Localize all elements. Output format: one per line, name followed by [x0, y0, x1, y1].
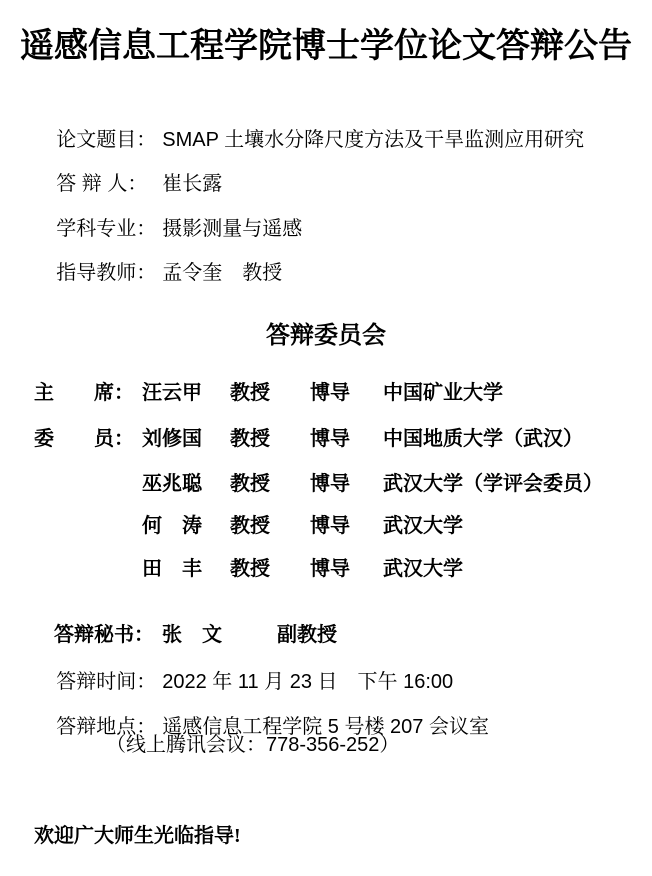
committee-role: 委 员：	[34, 427, 142, 451]
advisor-value: 孟令奎 教授	[162, 262, 282, 284]
committee-member-affiliation: 武汉大学	[383, 514, 463, 538]
committee-row-member: 何 涛 教授 博导 武汉大学	[34, 514, 642, 538]
committee-member-name: 汪云甲	[142, 381, 230, 405]
welcome-message: 欢迎广大师生光临指导!	[34, 824, 642, 848]
committee-member-title: 教授	[230, 381, 310, 405]
online-meeting-note: （线上腾讯会议：778-356-252）	[106, 733, 642, 757]
committee-member-name: 田 丰	[142, 557, 230, 581]
committee-member-advisor-status: 博导	[310, 514, 383, 538]
committee-member-affiliation: 武汉大学	[383, 557, 463, 581]
committee-row-member: 田 丰 教授 博导 武汉大学	[34, 557, 642, 581]
committee-member-title: 教授	[230, 514, 310, 538]
committee-member-advisor-status: 博导	[310, 472, 383, 496]
committee-member-advisor-status: 博导	[310, 557, 383, 581]
committee-member-affiliation: 中国地质大学（武汉）	[383, 427, 583, 451]
defense-announcement-page: 遥感信息工程学院博士学位论文答辩公告 论文题目：SMAP 土壤水分降尺度方法及干…	[0, 0, 652, 876]
secretary-name: 张 文	[162, 623, 277, 647]
committee-row-member: 巫兆聪 教授 博导 武汉大学（学评会委员）	[34, 472, 642, 496]
committee-heading: 答辩委员会	[0, 322, 652, 350]
secretary-label: 答辩秘书：	[54, 623, 162, 647]
committee-member-name: 刘修国	[142, 427, 230, 451]
advisor-label: 指导教师：	[56, 261, 162, 285]
committee-member-affiliation: 武汉大学（学评会委员）	[383, 472, 603, 496]
advisor-line: 指导教师：孟令奎 教授	[34, 237, 642, 309]
committee-member-name: 何 涛	[142, 514, 230, 538]
committee-member-advisor-status: 博导	[310, 381, 383, 405]
committee-member-title: 教授	[230, 427, 310, 451]
defense-time-value: 2022 年 11 月 23 日 下午 16:00	[162, 671, 453, 693]
committee-row-member: 委 员： 刘修国 教授 博导 中国地质大学（武汉）	[34, 427, 642, 451]
page-title: 遥感信息工程学院博士学位论文答辩公告	[0, 26, 652, 66]
committee-row-chair: 主 席： 汪云甲 教授 博导 中国矿业大学	[34, 381, 642, 405]
candidate-value: 崔长露	[162, 173, 222, 195]
committee-member-title: 教授	[230, 557, 310, 581]
committee-role: 主 席：	[34, 381, 142, 405]
secretary-title: 副教授	[277, 624, 337, 646]
committee-member-affiliation: 中国矿业大学	[383, 381, 503, 405]
committee-member-advisor-status: 博导	[310, 427, 383, 451]
committee-member-title: 教授	[230, 472, 310, 496]
committee-member-name: 巫兆聪	[142, 472, 230, 496]
